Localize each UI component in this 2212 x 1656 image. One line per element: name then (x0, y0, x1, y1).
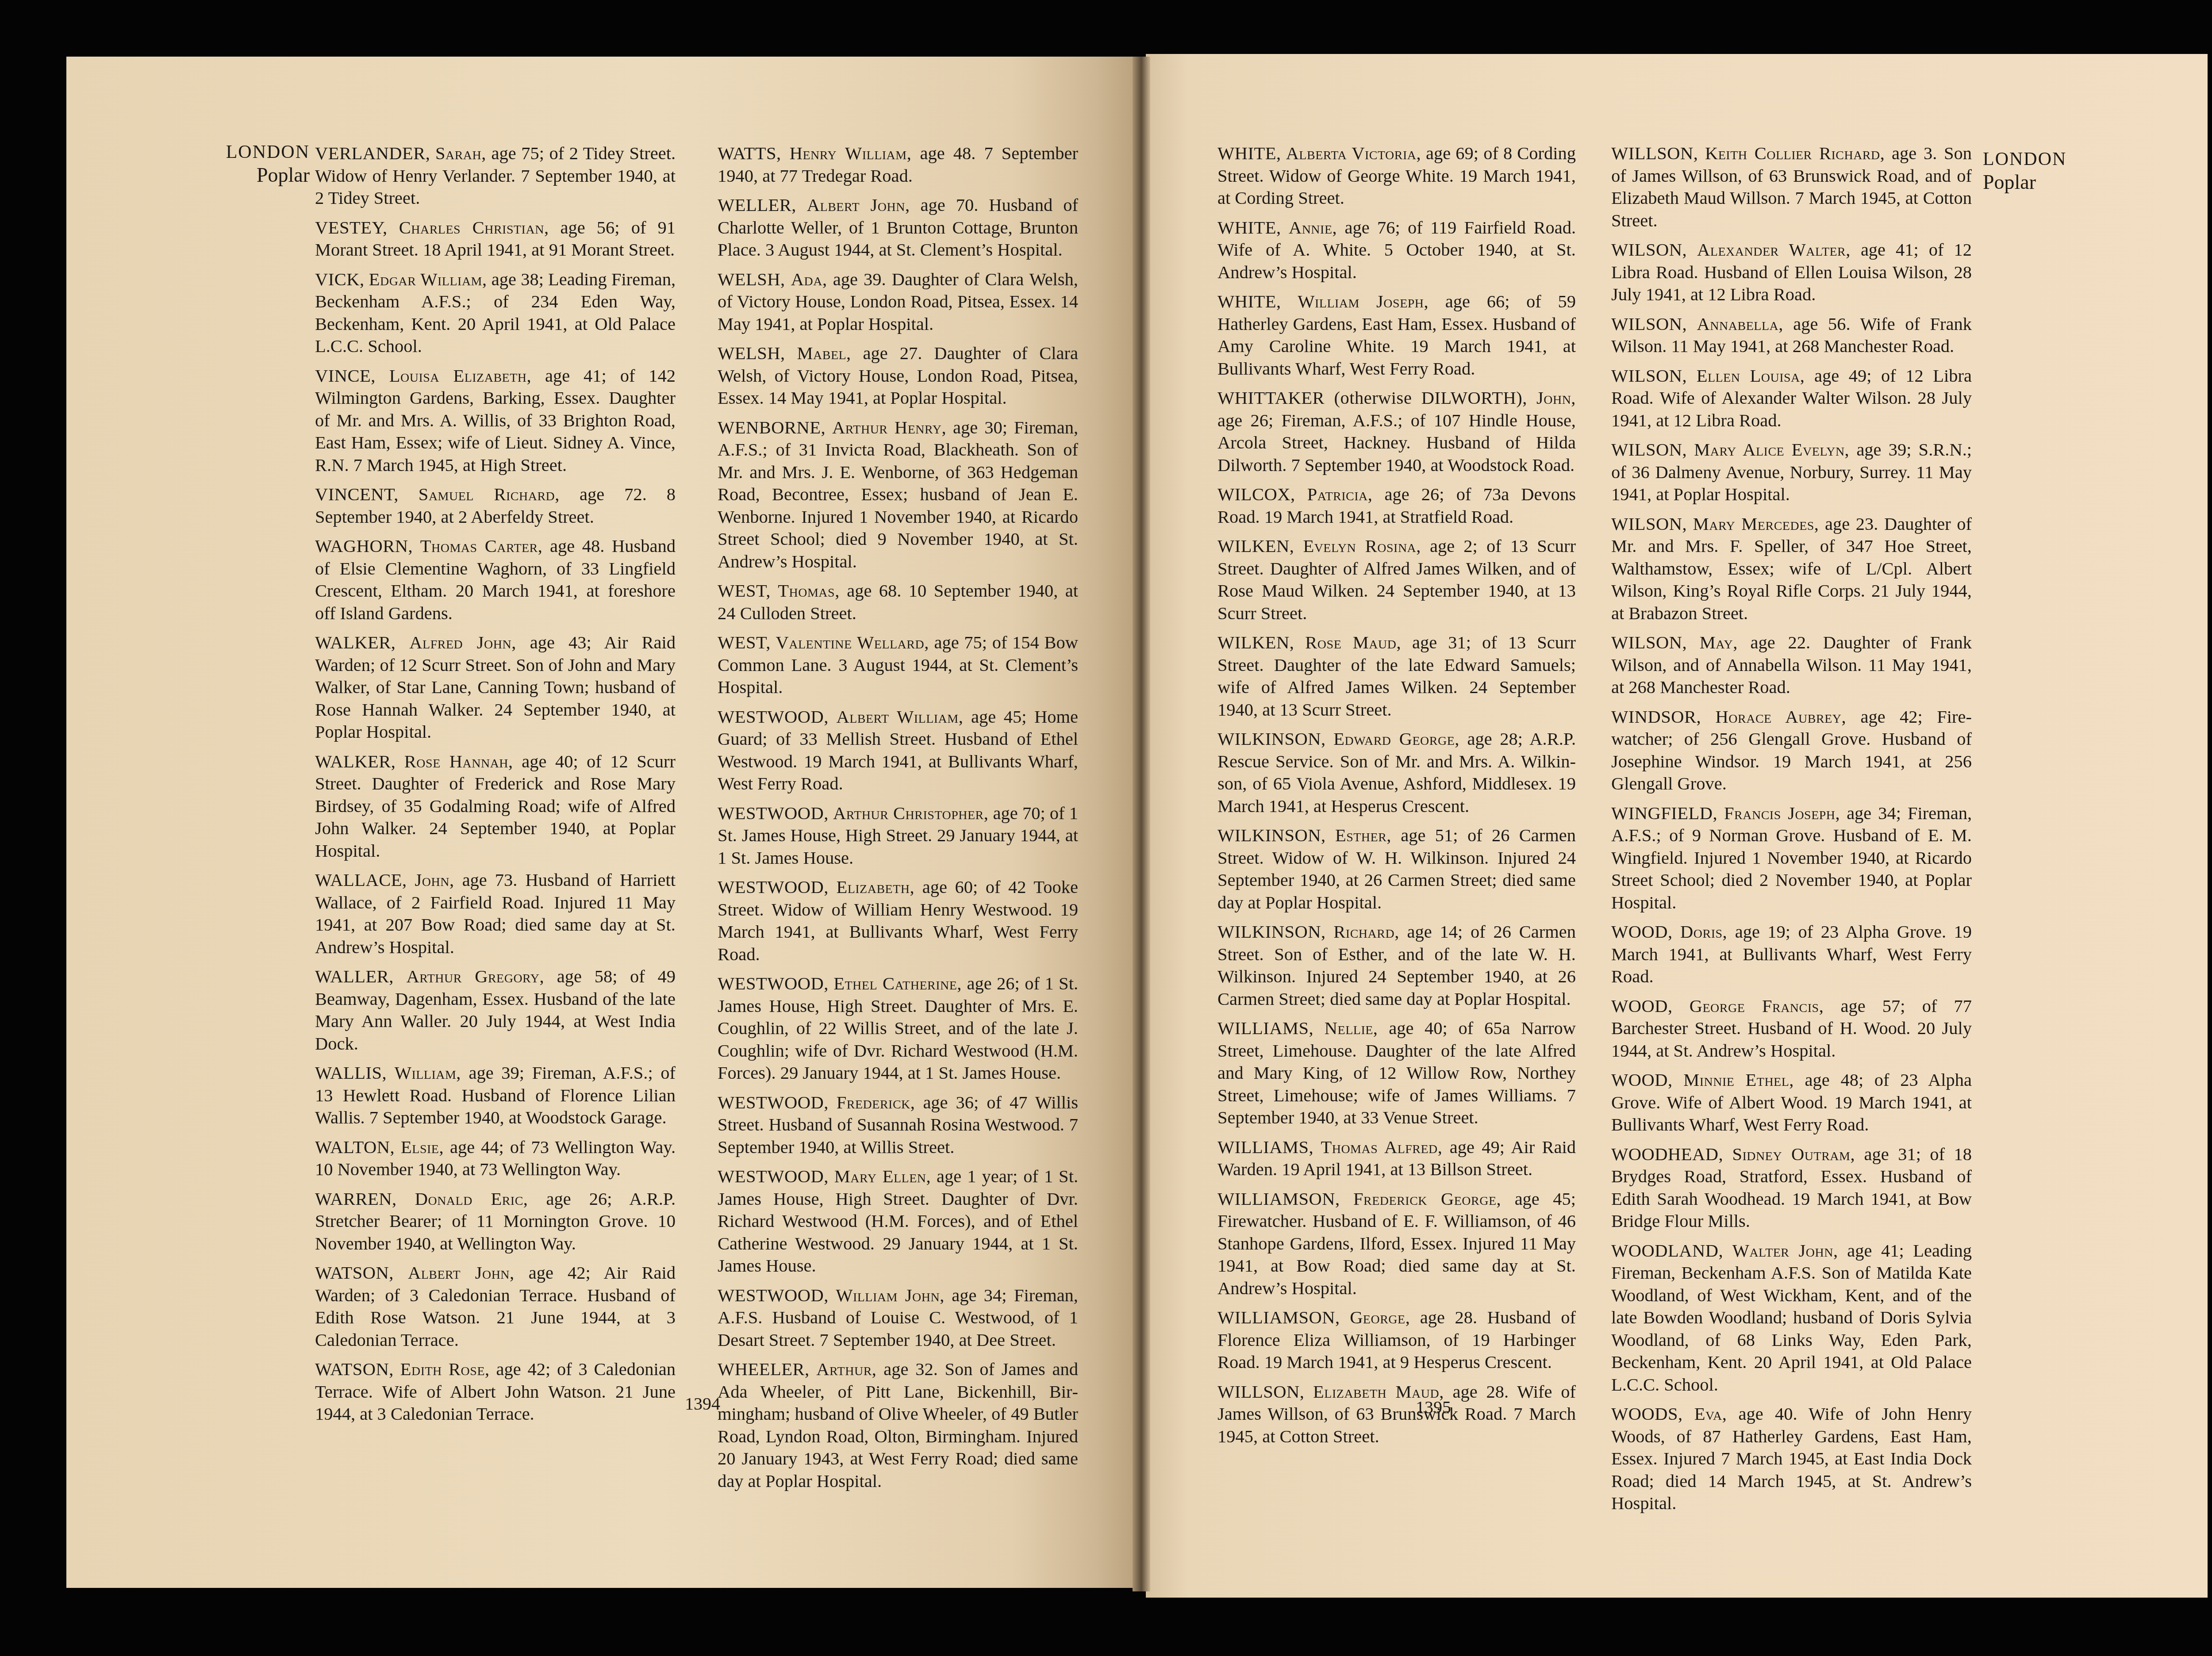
casualty-entry: WHITTAKER (otherwise DILWORTH), John, ag… (1217, 387, 1576, 476)
entry-given-names: Charles Christian, (399, 218, 549, 238)
entry-given-names: Nellie, (1325, 1018, 1378, 1038)
entry-surname: WALKER, (315, 751, 396, 771)
casualty-entry: WILSON, May, age 22. Daughter of Frank W… (1611, 632, 1972, 699)
entry-surname: VICK, (315, 269, 365, 289)
entry-given-names: Annabella, (1697, 314, 1783, 334)
casualty-entry: WHITE, William Joseph, age 66; of 59 Hat… (1217, 291, 1576, 380)
entry-given-names: Albert John, (807, 195, 910, 215)
entry-given-names: Samuel Richard, (419, 484, 560, 504)
casualty-entry: WESTWOOD, Albert William, age 45; Home G… (718, 706, 1078, 795)
entry-given-names: William, (395, 1063, 461, 1083)
right-margin-heading: LONDON Poplar (1983, 148, 2116, 194)
entry-surname: WOOD, (1611, 1070, 1673, 1090)
entry-surname: WEST, (718, 632, 771, 652)
heading-city: LONDON (168, 141, 310, 164)
casualty-entry: WELSH, Mabel, age 27. Daughter of Clara … (718, 342, 1078, 410)
page-number-left: 1394 (685, 1393, 720, 1414)
entry-given-names: Rose Maud, (1305, 632, 1401, 652)
entry-surname: WESTWOOD, (718, 974, 829, 993)
casualty-entry: WOOD, George Francis, age 57; of 77 Barc… (1611, 995, 1972, 1062)
casualty-entry: WATSON, Edith Rose, age 42; of 3 Cale­do… (315, 1358, 676, 1426)
entry-given-names: Edith Rose, (400, 1359, 490, 1379)
entry-given-names: Mary Mercedes, (1693, 514, 1819, 534)
entry-surname: WESTWOOD, (718, 1092, 829, 1112)
left-margin-heading: LONDON Poplar (168, 141, 310, 187)
entry-given-names: Elizabeth, (836, 877, 914, 897)
heading-borough: Poplar (1983, 171, 2116, 194)
entry-surname: VERLANDER, (315, 143, 430, 163)
entry-given-names: Sidney Outram, (1732, 1144, 1855, 1164)
entry-given-names: Alfred John, (409, 632, 516, 652)
left-page-column-1: VERLANDER, Sarah, age 75; of 2 Tidey Str… (315, 142, 676, 1433)
entry-surname: VINCE, (315, 366, 376, 386)
entry-given-names: Ada, (791, 269, 827, 289)
entry-given-names: Arthur, (816, 1359, 876, 1379)
entry-surname: WILSON, (1611, 314, 1687, 334)
entry-surname: WOOD, (1611, 922, 1673, 942)
casualty-entry: VESTEY, Charles Christian, age 56; of 91… (315, 217, 676, 261)
entry-given-names: Elsie, (401, 1137, 444, 1157)
entry-given-names: Francis Joseph, (1724, 803, 1840, 823)
entry-given-names: Eva, (1694, 1404, 1727, 1424)
entry-surname: WILSON, (1611, 366, 1687, 386)
entry-surname: VESTEY, (315, 218, 388, 238)
entry-given-names: Arthur Gregory, (407, 966, 545, 986)
entry-given-names: John, (1536, 388, 1576, 408)
entry-given-names: Esther, (1335, 825, 1391, 845)
entry-surname: WALLIS, (315, 1063, 387, 1083)
entry-given-names: William John, (836, 1285, 945, 1305)
casualty-entry: WESTWOOD, Mary Ellen, age 1 year; of 1 S… (718, 1165, 1078, 1277)
entry-details: age 30; Fire­man, A.F.S.; of 31 Invicta … (718, 418, 1078, 571)
entry-surname: WILLIAMS, (1217, 1018, 1313, 1038)
entry-surname: WILKEN, (1217, 632, 1294, 652)
casualty-entry: WOODHEAD, Sidney Outram, age 31; of 18 B… (1611, 1143, 1972, 1233)
entry-given-names: Sarah, (435, 143, 486, 163)
entry-surname: WILSON, (1611, 240, 1687, 260)
entry-surname: WARREN, (315, 1189, 397, 1209)
entry-given-names: Henry William, (790, 143, 912, 163)
casualty-entry: WILSON, Mary Alice Evelyn, age 39; S.R.N… (1611, 439, 1972, 506)
entry-given-names: Annie, (1289, 218, 1337, 238)
casualty-entry: WESTWOOD, Arthur Christopher, age 70; of… (718, 802, 1078, 870)
entry-surname: WOODLAND, (1611, 1241, 1723, 1261)
entry-surname: WELSH, (718, 269, 785, 289)
entry-given-names: Mary Alice Evelyn, (1694, 440, 1849, 460)
casualty-entry: WOODLAND, Walter John, age 41; Leading F… (1611, 1240, 1972, 1396)
casualty-entry: WINGFIELD, Francis Joseph, age 34; Firem… (1611, 802, 1972, 914)
casualty-entry: WILKINSON, Esther, age 51; of 26 Carmen … (1217, 824, 1576, 914)
casualty-entry: WALKER, Rose Hannah, age 40; of 12 Scurr… (315, 751, 676, 862)
entry-surname: WATSON, (315, 1359, 394, 1379)
entry-surname: WHITE, (1217, 218, 1281, 238)
entry-surname: WAGHORN, (315, 536, 413, 556)
casualty-entry: WENBORNE, Arthur Henry, age 30; Fire­man… (718, 417, 1078, 573)
entry-given-names: Doris, (1680, 922, 1727, 942)
entry-surname: WILSON, (1611, 632, 1687, 652)
casualty-entry: WESTWOOD, Ethel Catherine, age 26; of 1 … (718, 973, 1078, 1085)
entry-given-names: Walter John, (1732, 1241, 1838, 1261)
entry-surname: WOOD, (1611, 996, 1673, 1016)
entry-surname: WEST, (718, 581, 771, 601)
entry-surname: WESTWOOD, (718, 877, 829, 897)
casualty-entry: WALLER, Arthur Gregory, age 58; of 49 Be… (315, 966, 676, 1055)
entry-surname: WELLER, (718, 195, 796, 215)
casualty-entry: WILCOX, Patricia, age 26; of 73a Devons … (1217, 483, 1576, 528)
entry-surname: WHITE, (1217, 143, 1281, 163)
entry-given-names: Ethel Catherine, (833, 974, 962, 993)
entry-surname: WESTWOOD, (718, 803, 829, 823)
entry-surname: WILLIAMS, (1217, 1137, 1313, 1157)
entry-surname: WELSH, (718, 343, 785, 363)
casualty-entry: WATTS, Henry William, age 48. 7 Septembe… (718, 142, 1078, 187)
entry-given-names: Richard, (1333, 922, 1399, 942)
entry-surname: WILLSON, (1217, 1382, 1304, 1402)
casualty-entry: WINDSOR, Horace Aubrey, age 42; Fire­wat… (1611, 706, 1972, 795)
entry-details: age 26; Fireman, A.F.S.; of 107 Hindle H… (1217, 410, 1576, 475)
casualty-entry: WILSON, Alexander Walter, age 41; of 12 … (1611, 239, 1972, 306)
entry-surname: WALLER, (315, 966, 394, 986)
casualty-entry: WELSH, Ada, age 39. Daughter of Clara We… (718, 268, 1078, 336)
entry-given-names: John, (415, 870, 454, 890)
casualty-entry: WHITE, Annie, age 76; of 119 Fairfield R… (1217, 217, 1576, 284)
entry-given-names: Patricia, (1307, 484, 1373, 504)
entry-given-names: Thomas, (778, 581, 840, 601)
entry-surname: WALKER, (315, 632, 396, 652)
entry-given-names: Albert John, (408, 1263, 515, 1283)
casualty-entry: WILKINSON, Richard, age 14; of 26 Carmen… (1217, 921, 1576, 1010)
casualty-entry: VINCE, Louisa Elizabeth, age 41; of 142 … (315, 365, 676, 477)
entry-surname: WALLACE, (315, 870, 407, 890)
entry-given-names: Mary Ellen, (834, 1166, 931, 1186)
casualty-entry: WILKEN, Evelyn Rosina, age 2; of 13 Scur… (1217, 535, 1576, 625)
entry-surname: WENBORNE, (718, 418, 826, 437)
entry-given-names: Frederick George, (1353, 1189, 1501, 1209)
entry-given-names: Mabel, (797, 343, 851, 363)
entry-given-names: George, (1350, 1307, 1410, 1327)
book-gutter (1133, 57, 1150, 1591)
casualty-entry: WEST, Thomas, age 68. 10 September 1940,… (718, 580, 1078, 625)
casualty-entry: WILLIAMS, Thomas Alfred, age 49; Air Rai… (1217, 1136, 1576, 1181)
entry-surname: WILKEN, (1217, 536, 1294, 556)
entry-surname: WILSON, (1611, 440, 1687, 460)
casualty-entry: WALLACE, John, age 73. Husband of Harrie… (315, 869, 676, 958)
casualty-entry: WILSON, Ellen Louisa, age 49; of 12 Libr… (1611, 365, 1972, 432)
entry-given-names: Keith Collier Richard, (1705, 143, 1885, 163)
entry-surname: WATSON, (315, 1263, 394, 1283)
right-page-column-2: WILLSON, Keith Collier Richard, age 3. S… (1611, 142, 1972, 1522)
casualty-entry: VERLANDER, Sarah, age 75; of 2 Tidey Str… (315, 142, 676, 210)
heading-city: LONDON (1983, 148, 2116, 171)
entry-details: age 68. 10 September 1940, at 24 Cullode… (718, 581, 1078, 623)
casualty-entry: WESTWOOD, Elizabeth, age 60; of 42 Tooke… (718, 876, 1078, 966)
entry-surname: WESTWOOD, (718, 1285, 829, 1305)
entry-given-names: Alberta Victoria, (1286, 143, 1421, 163)
page-number-right: 1395 (1416, 1397, 1451, 1418)
entry-surname: WOODS, (1611, 1404, 1683, 1424)
casualty-entry: WATSON, Albert John, age 42; Air Raid Wa… (315, 1262, 676, 1351)
casualty-entry: WHEELER, Arthur, age 32. Son of James an… (718, 1358, 1078, 1492)
entry-given-names: Donald Eric, (415, 1189, 528, 1209)
entry-surname: WESTWOOD, (718, 1166, 829, 1186)
entry-surname: WILLIAMSON, (1217, 1189, 1340, 1209)
casualty-entry: VINCENT, Samuel Richard, age 72. 8 Septe… (315, 483, 676, 528)
entry-given-names: Ellen Louisa, (1697, 366, 1805, 386)
entry-given-names: George Francis, (1690, 996, 1824, 1016)
casualty-entry: WHITE, Alberta Victoria, age 69; of 8 Co… (1217, 142, 1576, 210)
heading-borough: Poplar (168, 164, 310, 187)
casualty-entry: VICK, Edgar William, age 38; Leading Fir… (315, 268, 676, 358)
casualty-entry: WILLIAMS, Nellie, age 40; of 65a Narrow … (1217, 1017, 1576, 1129)
casualty-entry: WALKER, Alfred John, age 43; Air Raid Wa… (315, 632, 676, 744)
entry-surname: WINGFIELD, (1611, 803, 1717, 823)
casualty-entry: WALLIS, William, age 39; Fireman, A.F.S.… (315, 1062, 676, 1129)
entry-surname: WILKINSON, (1217, 729, 1326, 749)
casualty-entry: WILLSON, Keith Collier Richard, age 3. S… (1611, 142, 1972, 232)
entry-surname: WESTWOOD, (718, 707, 829, 727)
entry-surname: WILKINSON, (1217, 825, 1326, 845)
entry-given-names: Edward George, (1333, 729, 1459, 749)
entry-surname: WHEELER, (718, 1359, 810, 1379)
casualty-entry: WILSON, Mary Mercedes, age 23. Daughter … (1611, 513, 1972, 625)
entry-given-names: Louisa Elizabeth, (389, 366, 531, 386)
entry-given-names: Alexander Walter, (1697, 240, 1851, 260)
entry-given-names: Edgar William, (369, 269, 487, 289)
entry-given-names: Rose Hannah, (404, 751, 513, 771)
entry-given-names: Arthur Christopher, (833, 803, 988, 823)
entry-surname: WHITTAKER (otherwise DILWORTH), (1217, 388, 1527, 408)
casualty-entry: WILLIAMSON, Frederick George, age 45; Fi… (1217, 1188, 1576, 1300)
casualty-entry: WILKEN, Rose Maud, age 31; of 13 Scurr S… (1217, 632, 1576, 721)
right-page-column-1: WHITE, Alberta Victoria, age 69; of 8 Co… (1217, 142, 1576, 1455)
entry-surname: WILLIAMSON, (1217, 1307, 1340, 1327)
casualty-entry: WALTON, Elsie, age 44; of 73 Wellington … (315, 1136, 676, 1181)
entry-given-names: Minnie Ethel, (1683, 1070, 1794, 1090)
entry-surname: WOODHEAD, (1611, 1144, 1723, 1164)
entry-given-names: Arthur Henry, (832, 418, 946, 437)
entry-given-names: Frederick, (837, 1092, 915, 1112)
entry-surname: WATTS, (718, 143, 781, 163)
entry-given-names: Albert William, (836, 707, 963, 727)
casualty-entry: WEST, Valentine Wellard, age 75; of 154 … (718, 632, 1078, 699)
entry-surname: VINCENT, (315, 484, 399, 504)
entry-surname: WILLSON, (1611, 143, 1698, 163)
casualty-entry: WESTWOOD, Frederick, age 36; of 47 Willi… (718, 1092, 1078, 1159)
left-page-column-2: WATTS, Henry William, age 48. 7 Septembe… (718, 142, 1078, 1499)
entry-given-names: Evelyn Rosina, (1303, 536, 1421, 556)
entry-given-names: Horace Aubrey, (1716, 707, 1847, 727)
casualty-entry: WILLIAMSON, George, age 28. Husband of F… (1217, 1307, 1576, 1374)
casualty-entry: WOODS, Eva, age 40. Wife of John Henry W… (1611, 1403, 1972, 1515)
casualty-entry: WILKINSON, Edward George, age 28; A.R.P.… (1217, 728, 1576, 817)
entry-details: age 41; Leading Fireman, Beckenham A.F.S… (1611, 1241, 1972, 1395)
entry-surname: WINDSOR, (1611, 707, 1701, 727)
entry-given-names: Valentine Wellard, (776, 632, 929, 652)
entry-surname: WALTON, (315, 1137, 395, 1157)
casualty-entry: WARREN, Donald Eric, age 26; A.R.P. Stre… (315, 1188, 676, 1255)
entry-given-names: May, (1700, 632, 1738, 652)
casualty-entry: WOOD, Minnie Ethel, age 48; of 23 Alpha … (1611, 1069, 1972, 1136)
casualty-entry: WELLER, Albert John, age 70. Husband of … (718, 194, 1078, 261)
casualty-entry: WILLSON, Elizabeth Maud, age 28. Wife of… (1217, 1381, 1576, 1448)
casualty-entry: WAGHORN, Thomas Carter, age 48. Husband … (315, 535, 676, 625)
entry-surname: WHITE, (1217, 291, 1281, 311)
entry-given-names: William Joseph, (1298, 291, 1429, 311)
entry-given-names: Thomas Carter, (420, 536, 543, 556)
entry-surname: WILCOX, (1217, 484, 1295, 504)
entry-surname: WILSON, (1611, 514, 1687, 534)
casualty-entry: WESTWOOD, William John, age 34; Fireman,… (718, 1284, 1078, 1352)
entry-surname: WILKINSON, (1217, 922, 1326, 942)
casualty-entry: WILSON, Annabella, age 56. Wife of Frank… (1611, 313, 1972, 358)
entry-given-names: Thomas Alfred, (1321, 1137, 1442, 1157)
casualty-entry: WOOD, Doris, age 19; of 23 Alpha Grove. … (1611, 921, 1972, 988)
